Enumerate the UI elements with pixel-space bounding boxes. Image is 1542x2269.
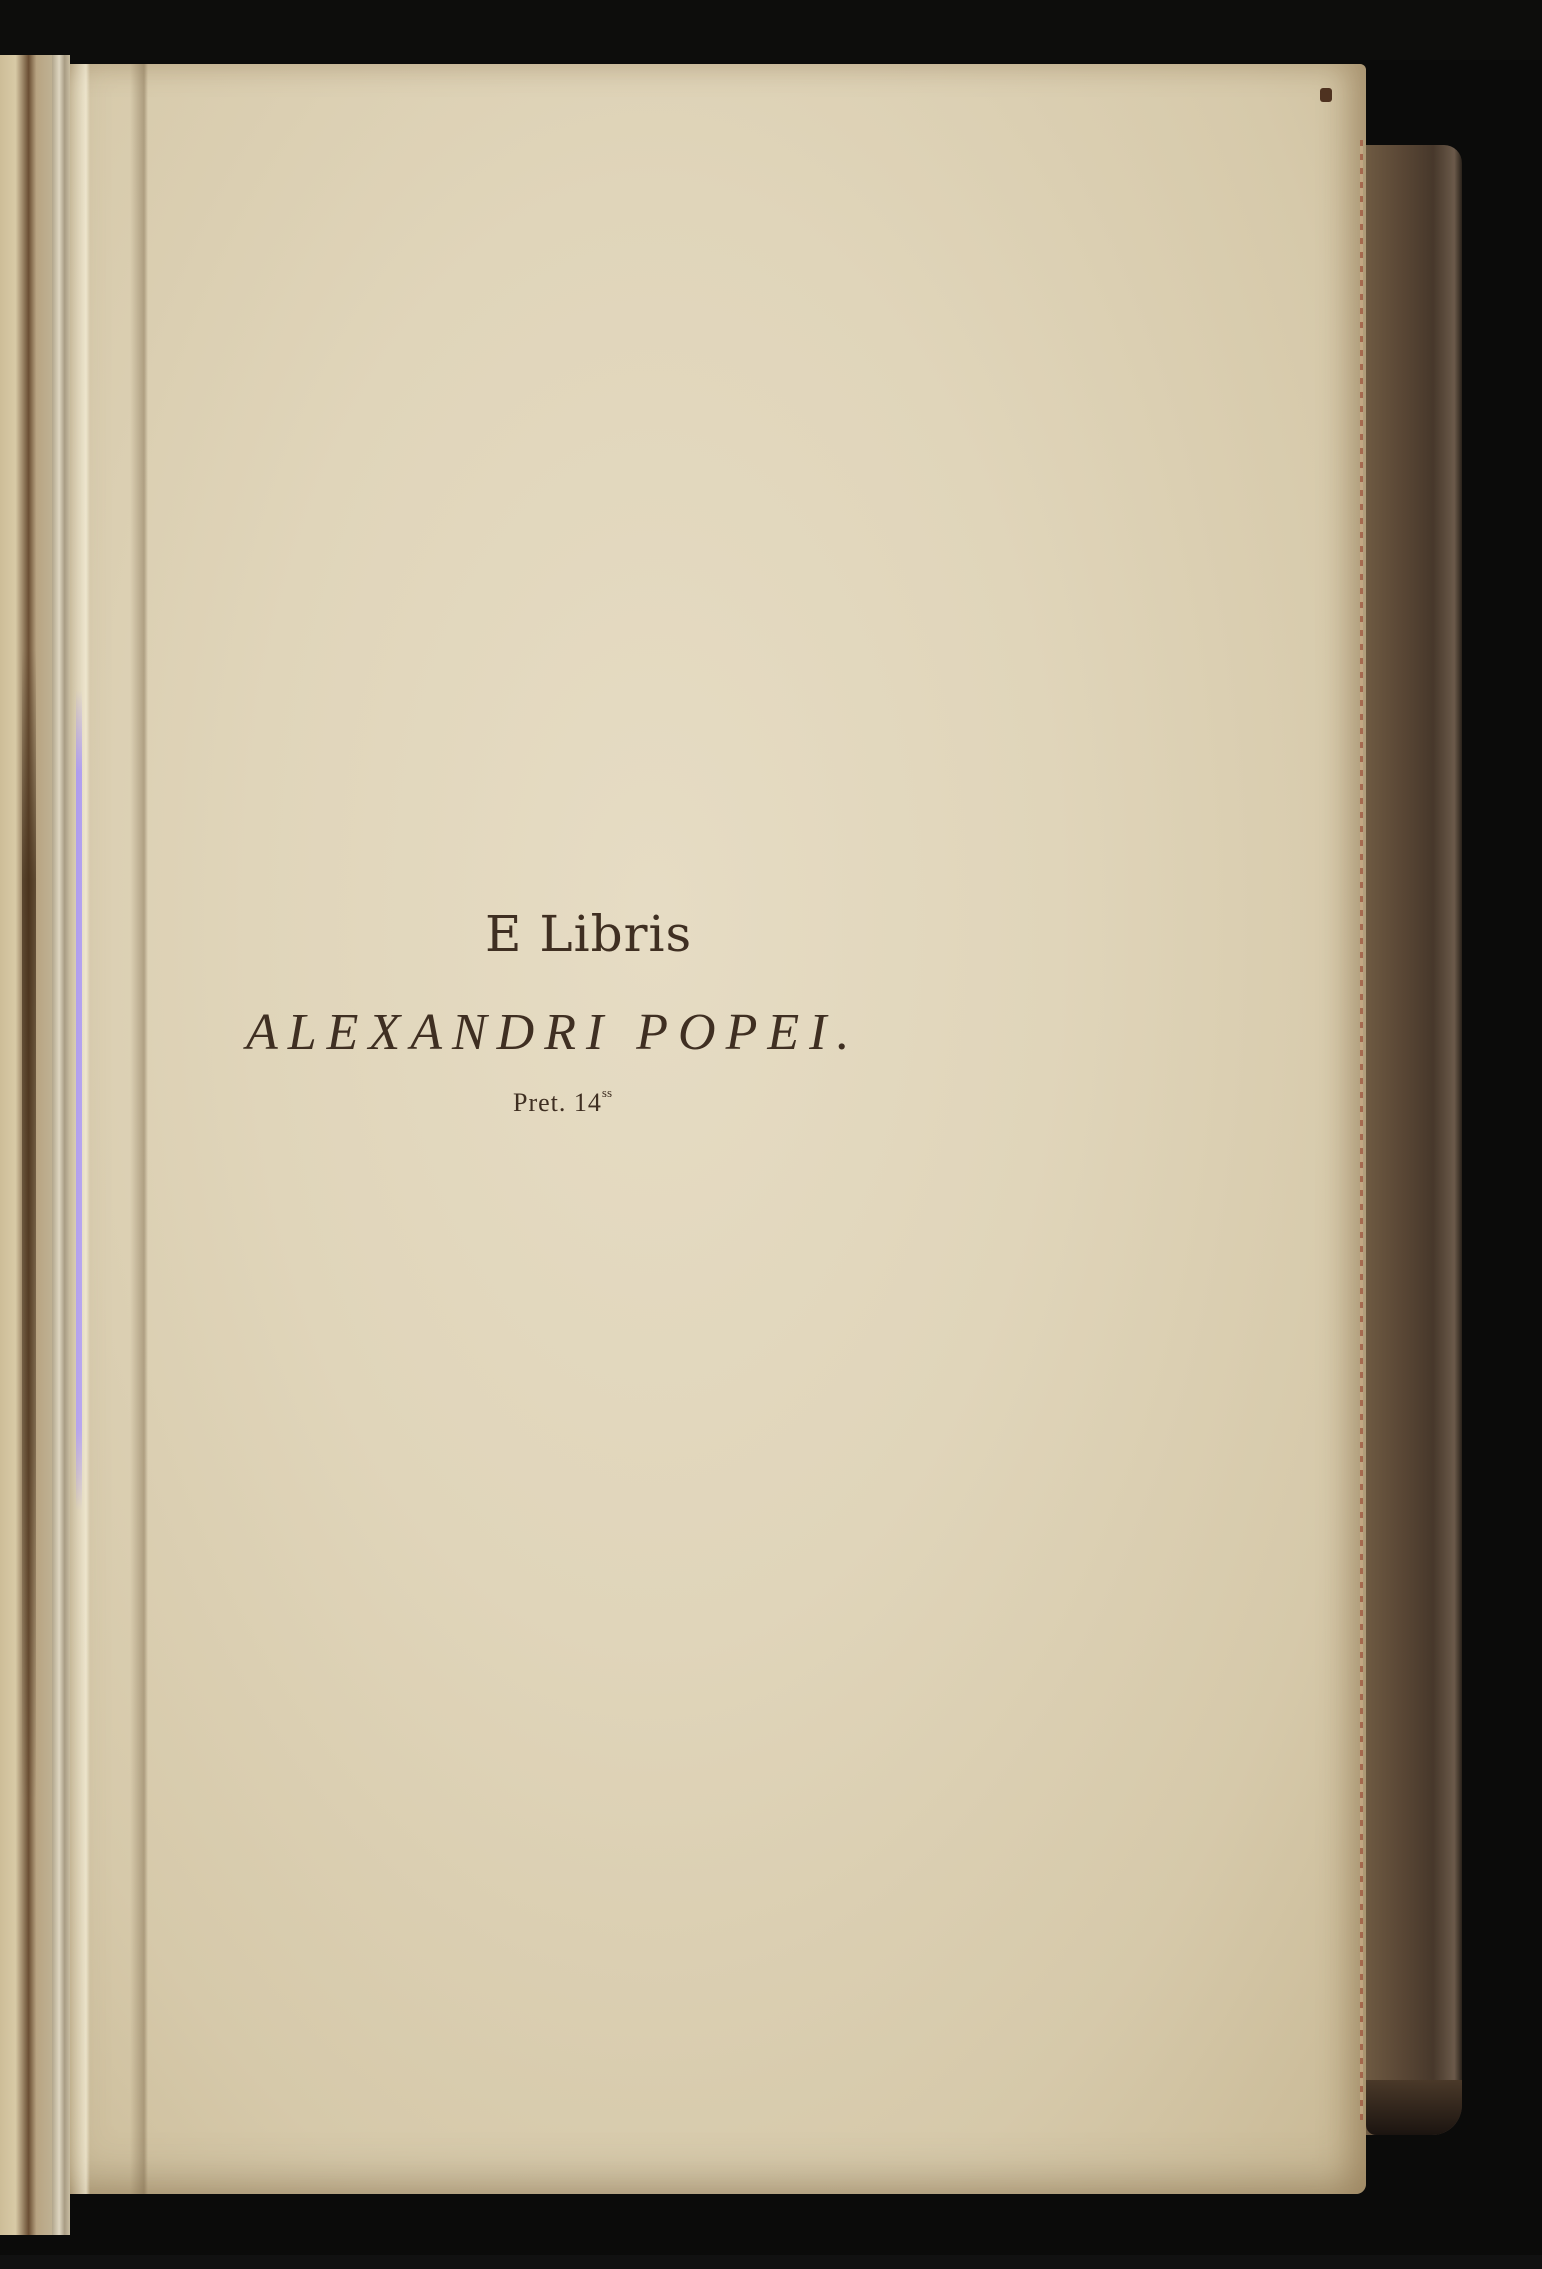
book-gutter bbox=[52, 55, 70, 2235]
page-crease-lines bbox=[70, 64, 190, 2194]
page-corner-stain bbox=[1320, 88, 1332, 102]
recto-page bbox=[70, 64, 1366, 2194]
page-red-edge bbox=[1360, 140, 1363, 2120]
left-page-stain bbox=[22, 650, 36, 1800]
top-background-band bbox=[0, 0, 1542, 60]
bottom-background-band bbox=[0, 2255, 1542, 2269]
book-fore-edge-bottom bbox=[1366, 2080, 1462, 2135]
gutter-light-reflection bbox=[76, 690, 82, 1510]
book-fore-edge bbox=[1366, 145, 1462, 2135]
